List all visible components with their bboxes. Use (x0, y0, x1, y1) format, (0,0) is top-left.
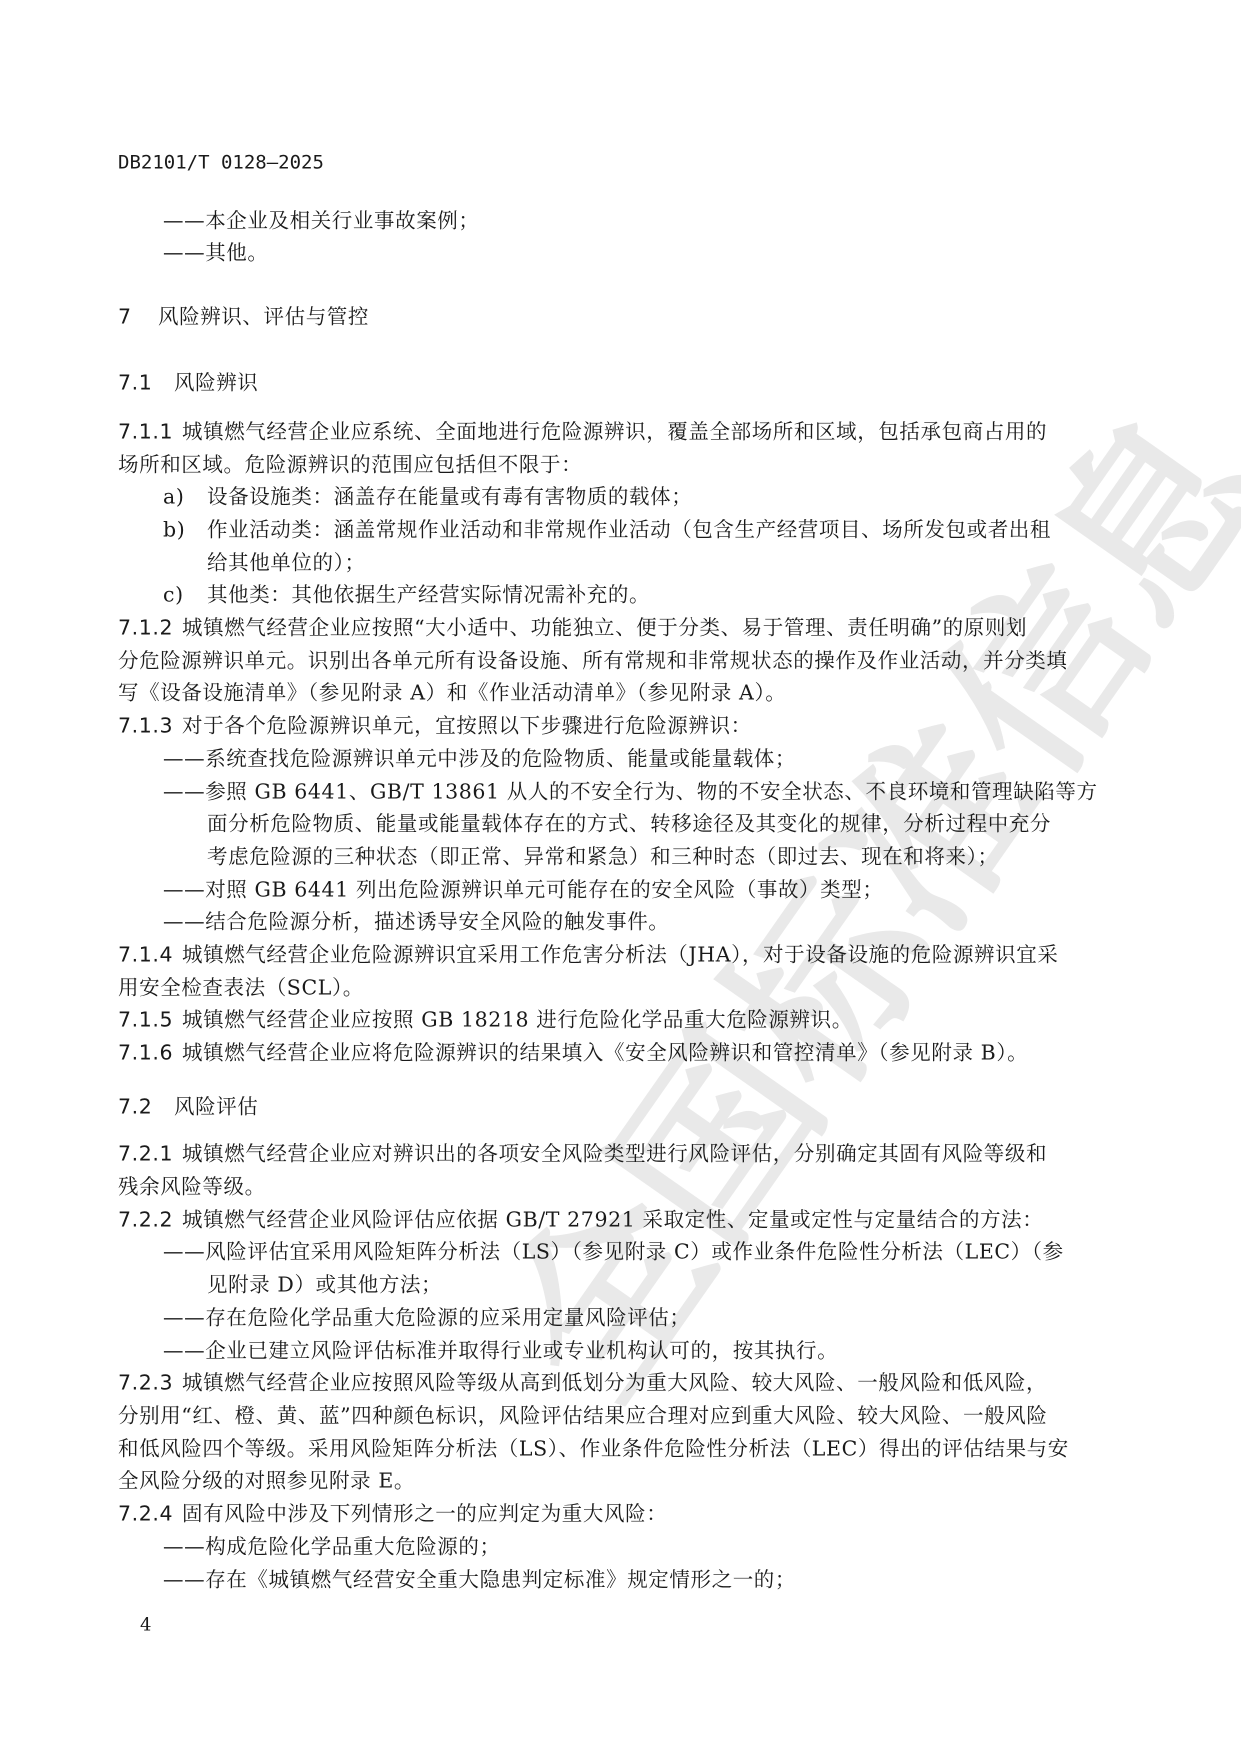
clause-text: 城镇燃气经营企业应按照风险等级从高到低划分为重大风险、较大风险、一般风险和低风险… (182, 1371, 1047, 1395)
clause-text-continuation: 全风险分级的对照参见附录 E。 (118, 1465, 1092, 1498)
list-item: ——企业已建立风险评估标准并取得行业或专业机构认可的，按其执行。 (163, 1335, 1137, 1368)
clause-number: 7.1.2 (118, 612, 182, 645)
section-title: 风险辨识、评估与管控 (158, 305, 369, 329)
list-item: ——风险评估宜采用风险矩阵分析法（LS）（参见附录 C）或作业条件危险性分析法（… (163, 1236, 1137, 1269)
list-item: ——构成危险化学品重大危险源的； (163, 1531, 1137, 1564)
item-label: a) (163, 481, 207, 514)
clause-7-1-6: 7.1.6城镇燃气经营企业应将危险源辨识的结果填入《安全风险辨识和管控清单》（参… (118, 1037, 1092, 1070)
clause-number: 7.2.2 (118, 1204, 182, 1237)
list-item: ——存在危险化学品重大危险源的应采用定量风险评估； (163, 1302, 1137, 1335)
list-item: ——对照 GB 6441 列出危险源辨识单元可能存在的安全风险（事故）类型； (163, 874, 1137, 907)
list-item: ——存在《城镇燃气经营安全重大隐患判定标准》规定情形之一的； (163, 1564, 1137, 1597)
list-item-continuation: 考虑危险源的三种状态（即正常、异常和紧急）和三种时态（即过去、现在和将来）； (207, 841, 1181, 874)
clause-text: 对于各个危险源辨识单元，宜按照以下步骤进行危险源辨识： (182, 714, 752, 738)
item-label: c) (163, 579, 207, 612)
clause-7-1-1: 7.1.1城镇燃气经营企业应系统、全面地进行危险源辨识，覆盖全部场所和区域，包括… (118, 416, 1092, 449)
section-number: 7.2 (118, 1091, 174, 1124)
list-item: ——参照 GB 6441、GB/T 13861 从人的不安全行为、物的不安全状态… (163, 776, 1137, 809)
clause-7-2-3: 7.2.3城镇燃气经营企业应按照风险等级从高到低划分为重大风险、较大风险、一般风… (118, 1367, 1092, 1400)
clause-number: 7.2.3 (118, 1367, 182, 1400)
clause-text: 固有风险中涉及下列情形之一的应判定为重大风险： (182, 1502, 667, 1526)
clause-number: 7.2.1 (118, 1138, 182, 1171)
list-item: ——结合危险源分析，描述诱导安全风险的触发事件。 (163, 906, 1137, 939)
clause-number: 7.2.4 (118, 1498, 182, 1531)
document-page: 全国标准信息 DB2101/T 0128—2025 ——本企业及相关行业事故案例… (0, 0, 1241, 1754)
clause-text: 城镇燃气经营企业应对辨识出的各项安全风险类型进行风险评估，分别确定其固有风险等级… (182, 1142, 1047, 1166)
clause-number: 7.1.3 (118, 710, 182, 743)
clause-text: 城镇燃气经营企业应按照“大小适中、功能独立、便于分类、易于管理、责任明确”的原则… (182, 616, 1027, 640)
section-title: 风险辨识 (174, 371, 258, 395)
section-title: 风险评估 (174, 1095, 258, 1119)
clause-7-2-2: 7.2.2城镇燃气经营企业风险评估应依据 GB/T 27921 采取定性、定量或… (118, 1204, 1092, 1237)
clause-text-continuation: 场所和区域。危险源辨识的范围应包括但不限于： (118, 449, 1092, 482)
clause-text: 城镇燃气经营企业应系统、全面地进行危险源辨识，覆盖全部场所和区域，包括承包商占用… (182, 420, 1047, 444)
section-number: 7.1 (118, 367, 174, 400)
clause-text: 城镇燃气经营企业风险评估应依据 GB/T 27921 采取定性、定量或定性与定量… (182, 1208, 1043, 1232)
item-label: b) (163, 514, 207, 547)
section-heading-7-1: 7.1风险辨识 (118, 367, 1092, 400)
clause-number: 7.1.1 (118, 416, 182, 449)
section-heading-7: 7风险辨识、评估与管控 (118, 301, 1092, 334)
list-item-continuation: 面分析危险物质、能量或能量载体存在的方式、转移途径及其变化的规律，分析过程中充分 (207, 808, 1181, 841)
clause-text-continuation: 和低风险四个等级。采用风险矩阵分析法（LS）、作业条件危险性分析法（LEC）得出… (118, 1433, 1092, 1466)
list-item-a: a)设备设施类：涵盖存在能量或有毒有害物质的载体； (163, 481, 1137, 514)
clause-text: 城镇燃气经营企业应将危险源辨识的结果填入《安全风险辨识和管控清单》（参见附录 B… (182, 1041, 1028, 1065)
clause-text-continuation: 分别用“红、橙、黄、蓝”四种颜色标识，风险评估结果应合理对应到重大风险、较大风险… (118, 1400, 1092, 1433)
clause-7-1-4: 7.1.4城镇燃气经营企业危险源辨识宜采用工作危害分析法（JHA），对于设备设施… (118, 939, 1092, 972)
section-number: 7 (118, 301, 158, 334)
clause-7-1-3: 7.1.3对于各个危险源辨识单元，宜按照以下步骤进行危险源辨识： (118, 710, 1092, 743)
section-heading-7-2: 7.2风险评估 (118, 1091, 1092, 1124)
clause-text: 城镇燃气经营企业危险源辨识宜采用工作危害分析法（JHA），对于设备设施的危险源辨… (182, 943, 1058, 967)
clause-number: 7.1.5 (118, 1004, 182, 1037)
clause-text-continuation: 用安全检查表法（SCL）。 (118, 972, 1092, 1005)
item-text: 其他类：其他依据生产经营实际情况需补充的。 (207, 583, 650, 607)
list-item: ——本企业及相关行业事故案例； (163, 205, 1137, 238)
list-item-continuation: 见附录 D）或其他方法； (207, 1269, 1181, 1302)
clause-number: 7.1.6 (118, 1037, 182, 1070)
clause-7-1-5: 7.1.5城镇燃气经营企业应按照 GB 18218 进行危险化学品重大危险源辨识… (118, 1004, 1092, 1037)
clause-7-2-1: 7.2.1城镇燃气经营企业应对辨识出的各项安全风险类型进行风险评估，分别确定其固… (118, 1138, 1092, 1171)
clause-number: 7.1.4 (118, 939, 182, 972)
item-text: 作业活动类：涵盖常规作业活动和非常规作业活动（包含生产经营项目、场所发包或者出租 (207, 518, 1051, 542)
item-text: 设备设施类：涵盖存在能量或有毒有害物质的载体； (207, 485, 692, 509)
clause-text: 城镇燃气经营企业应按照 GB 18218 进行危险化学品重大危险源辨识。 (182, 1008, 853, 1032)
page-number: 4 (140, 1615, 151, 1636)
list-item-c: c)其他类：其他依据生产经营实际情况需补充的。 (163, 579, 1137, 612)
list-item-b: b)作业活动类：涵盖常规作业活动和非常规作业活动（包含生产经营项目、场所发包或者… (163, 514, 1137, 547)
clause-text-continuation: 分危险源辨识单元。识别出各单元所有设备设施、所有常规和非常规状态的操作及作业活动… (118, 645, 1092, 678)
list-item: ——其他。 (163, 237, 1137, 270)
document-id: DB2101/T 0128—2025 (118, 147, 1092, 180)
clause-text-continuation: 写《设备设施清单》（参见附录 A）和《作业活动清单》（参见附录 A）。 (118, 677, 1092, 710)
clause-7-2-4: 7.2.4固有风险中涉及下列情形之一的应判定为重大风险： (118, 1498, 1092, 1531)
clause-text-continuation: 残余风险等级。 (118, 1171, 1092, 1204)
clause-7-1-2: 7.1.2城镇燃气经营企业应按照“大小适中、功能独立、便于分类、易于管理、责任明… (118, 612, 1092, 645)
item-text-continuation: 给其他单位的）； (207, 547, 1181, 580)
list-item: ——系统查找危险源辨识单元中涉及的危险物质、能量或能量载体； (163, 743, 1137, 776)
